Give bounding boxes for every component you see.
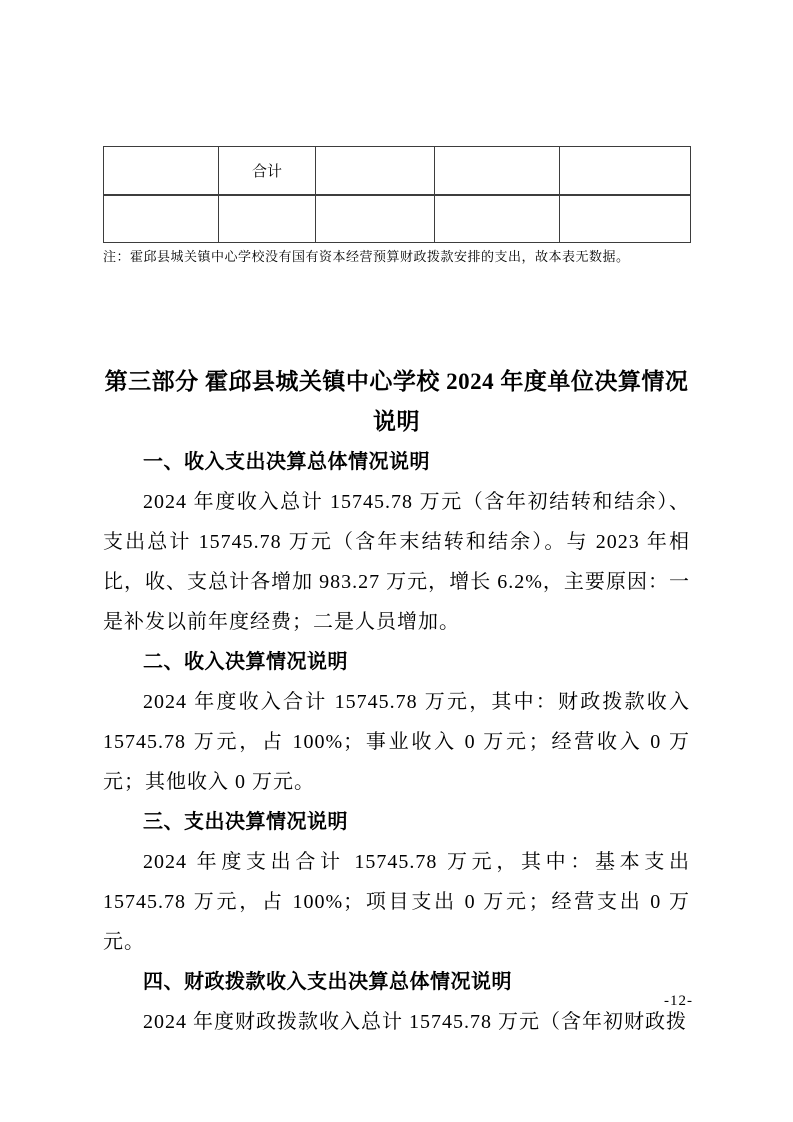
table-cell [435,147,560,196]
paragraph: 2024 年度支出合计 15745.78 万元，其中：基本支出 15745.78… [103,842,690,962]
table-cell [316,147,435,196]
table-cell [435,195,560,243]
section-heading: 四、财政拨款收入支出决算总体情况说明 [103,962,690,1002]
table-cell [219,195,316,243]
page-title-line2: 说明 [103,402,690,442]
table-cell [104,147,219,196]
table-cell-total: 合计 [219,147,316,196]
section-heading: 三、支出决算情况说明 [103,802,690,842]
document-page: 合计 注：霍邱县城关镇中心学校没有国有资本经营预算财政拨款安排的支出，故本表无数… [0,0,793,1122]
table-cell [104,195,219,243]
table-note: 注：霍邱县城关镇中心学校没有国有资本经营预算财政拨款安排的支出，故本表无数据。 [103,248,690,265]
paragraph: 2024 年度收入总计 15745.78 万元（含年初结转和结余）、支出总计 1… [103,482,690,642]
document-content: 合计 注：霍邱县城关镇中心学校没有国有资本经营预算财政拨款安排的支出，故本表无数… [103,146,690,1042]
page-title: 第三部分 霍邱县城关镇中心学校 2024 年度单位决算情况 说明 [103,362,690,442]
section-heading: 一、收入支出决算总体情况说明 [103,442,690,482]
section-income-details: 二、收入决算情况说明 2024 年度收入合计 15745.78 万元，其中：财政… [103,642,690,802]
page-title-line1: 第三部分 霍邱县城关镇中心学校 2024 年度单位决算情况 [103,362,690,402]
section-income-expenditure-overview: 一、收入支出决算总体情况说明 2024 年度收入总计 15745.78 万元（含… [103,442,690,642]
section-fiscal-appropriation-overview: 四、财政拨款收入支出决算总体情况说明 2024 年度财政拨款收入总计 15745… [103,962,690,1042]
section-heading: 二、收入决算情况说明 [103,642,690,682]
paragraph: 2024 年度财政拨款收入总计 15745.78 万元（含年初财政拨 [103,1002,690,1042]
table-row: 合计 [104,147,691,196]
summary-table: 合计 [103,146,691,243]
table-cell [316,195,435,243]
table-cell [560,147,691,196]
paragraph: 2024 年度收入合计 15745.78 万元，其中：财政拨款收入 15745.… [103,682,690,802]
table-row [104,195,691,243]
table-cell [560,195,691,243]
section-expenditure-details: 三、支出决算情况说明 2024 年度支出合计 15745.78 万元，其中：基本… [103,802,690,962]
page-number: -12- [664,993,693,1010]
